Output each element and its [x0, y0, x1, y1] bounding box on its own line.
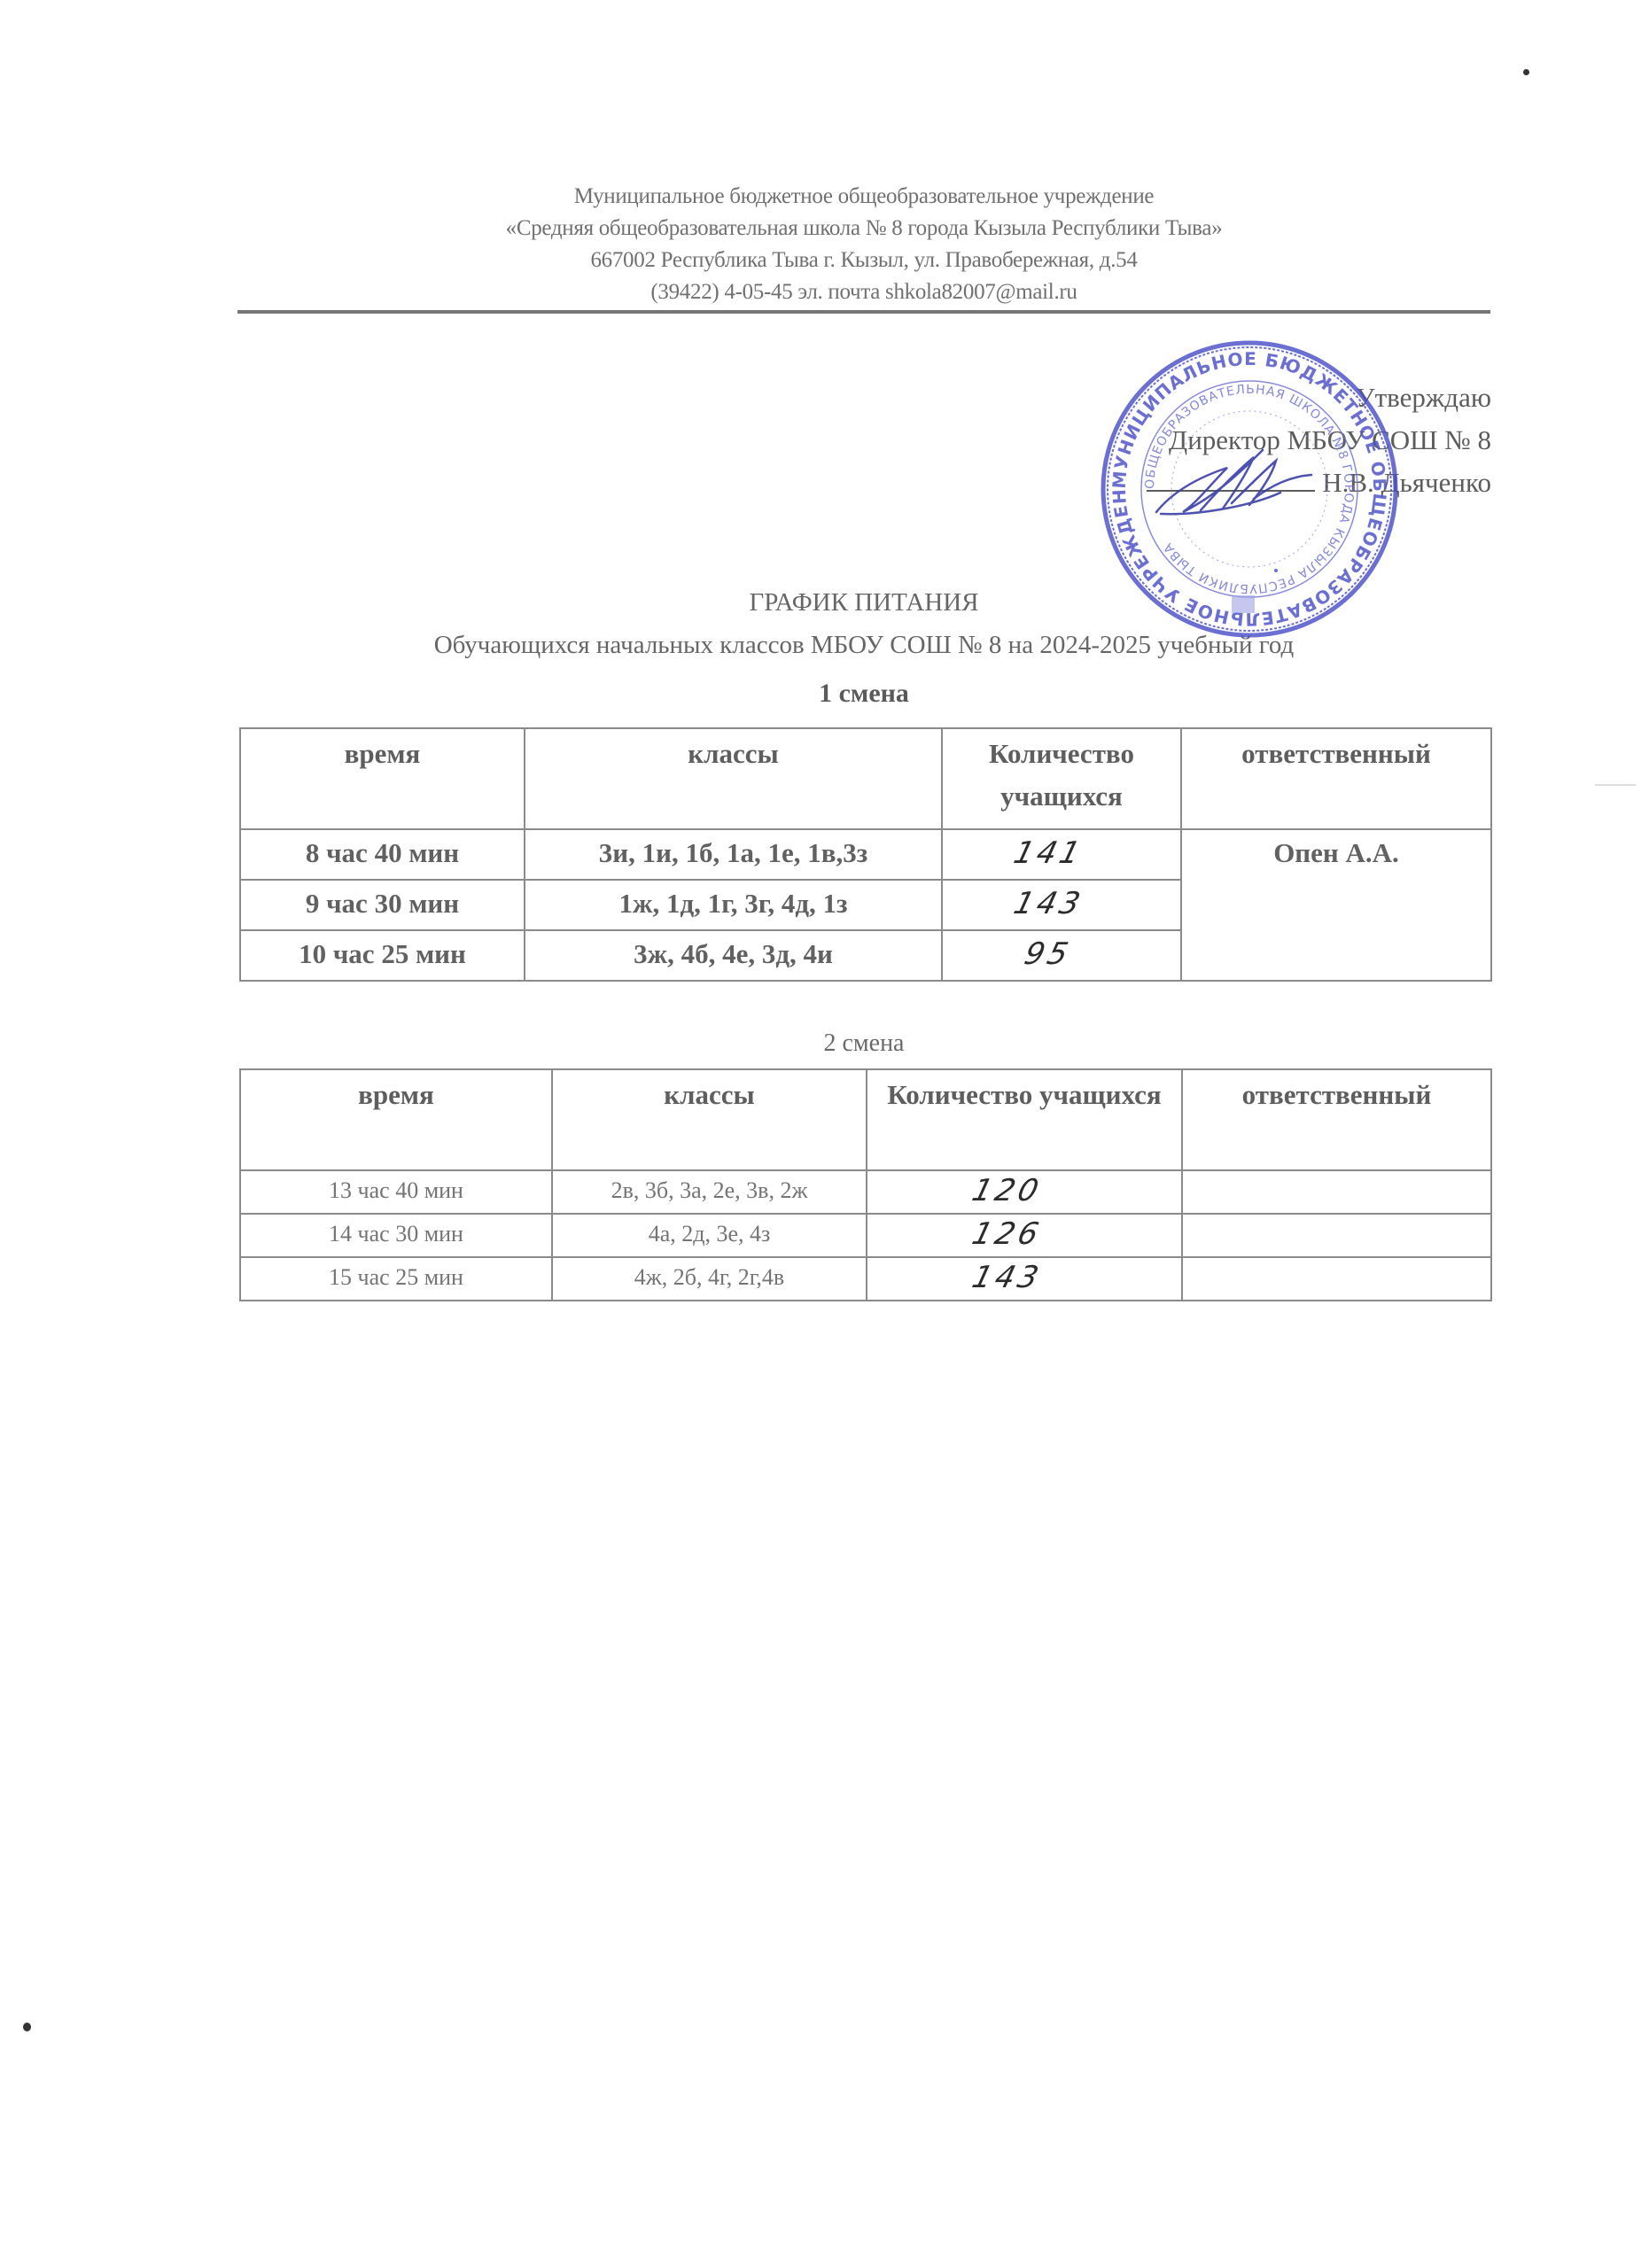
organization-header: Муниципальное бюджетное общеобразователь…	[239, 181, 1489, 308]
classes-cell: 3и, 1и, 1б, 1а, 1е, 1в,3з	[525, 829, 942, 880]
responsible-cell: Опен А.А.	[1181, 829, 1491, 981]
time-cell: 10 час 25 мин	[240, 930, 525, 981]
shift-1-heading: 1 смена	[239, 679, 1489, 709]
table-header-row: время классы Количество учащихся ответст…	[240, 1069, 1491, 1170]
time-cell: 13 час 40 мин	[240, 1170, 552, 1214]
time-cell: 15 час 25 мин	[240, 1257, 552, 1301]
responsible-cell	[1182, 1257, 1491, 1301]
scan-speck	[23, 2023, 31, 2031]
handwritten-count: 143	[1008, 881, 1088, 927]
shift-2-heading: 2 смена	[239, 1029, 1489, 1058]
scan-speck	[1523, 69, 1529, 75]
column-header-time: время	[240, 728, 525, 829]
column-header-responsible: ответственный	[1181, 728, 1491, 829]
approver-position: Директор МБОУ СОШ № 8	[1147, 419, 1491, 462]
count-cell: 95	[942, 930, 1181, 981]
table-row: 8 час 40 мин 3и, 1и, 1б, 1а, 1е, 1в,3з 1…	[240, 829, 1491, 880]
count-cell: 141	[942, 829, 1181, 880]
time-cell: 9 час 30 мин	[240, 880, 525, 930]
header-divider	[237, 310, 1490, 314]
classes-cell: 4а, 2д, 3е, 4з	[552, 1214, 867, 1257]
approval-label: Утверждаю	[1147, 377, 1491, 419]
org-name: Муниципальное бюджетное общеобразователь…	[239, 181, 1489, 213]
column-header-time: время	[240, 1069, 552, 1170]
handwritten-count: 143	[968, 1258, 1046, 1297]
column-header-count: Количество учащихся	[867, 1069, 1182, 1170]
responsible-cell	[1182, 1214, 1491, 1257]
column-header-responsible: ответственный	[1182, 1069, 1491, 1170]
column-header-classes: классы	[525, 728, 942, 829]
count-cell: 120	[867, 1170, 1182, 1214]
approval-block: Утверждаю Директор МБОУ СОШ № 8 Н.В. Дья…	[1147, 377, 1491, 504]
org-contacts: (39422) 4-05-45 эл. почта shkola82007@ma…	[239, 276, 1489, 308]
handwritten-count: 141	[1008, 830, 1088, 876]
responsible-cell	[1182, 1170, 1491, 1214]
count-cell: 126	[867, 1214, 1182, 1257]
table-row: 15 час 25 мин 4ж, 2б, 4г, 2г,4в 143	[240, 1257, 1491, 1301]
count-cell: 143	[867, 1257, 1182, 1301]
shift-1-table: время классы Количество учащихся ответст…	[239, 727, 1492, 982]
column-header-classes: классы	[552, 1069, 867, 1170]
classes-cell: 3ж, 4б, 4е, 3д, 4и	[525, 930, 942, 981]
approver-signature-row: Н.В. Дьяченко	[1147, 462, 1491, 504]
classes-cell: 1ж, 1д, 1г, 3г, 4д, 1з	[525, 880, 942, 930]
document-subtitle: Обучающихся начальных классов МБОУ СОШ №…	[239, 631, 1489, 660]
column-header-count: Количество учащихся	[942, 728, 1181, 829]
shift-2-table: время классы Количество учащихся ответст…	[239, 1068, 1492, 1301]
classes-cell: 2в, 3б, 3а, 2е, 3в, 2ж	[552, 1170, 867, 1214]
time-cell: 14 час 30 мин	[240, 1214, 552, 1257]
table-row: 14 час 30 мин 4а, 2д, 3е, 4з 126	[240, 1214, 1491, 1257]
school-name: «Средняя общеобразовательная школа № 8 г…	[239, 213, 1489, 245]
classes-cell: 4ж, 2б, 4г, 2г,4в	[552, 1257, 867, 1301]
org-address: 667002 Республика Тыва г. Кызыл, ул. Пра…	[239, 245, 1489, 276]
table-row: 13 час 40 мин 2в, 3б, 3а, 2е, 3в, 2ж 120	[240, 1170, 1491, 1214]
handwritten-count: 126	[968, 1215, 1046, 1254]
time-cell: 8 час 40 мин	[240, 829, 525, 880]
scan-artifact	[1595, 784, 1636, 786]
count-cell: 143	[942, 880, 1181, 930]
approver-name: Н.В. Дьяченко	[1322, 467, 1491, 498]
signature-line	[1147, 463, 1315, 492]
document-title: ГРАФИК ПИТАНИЯ	[239, 588, 1489, 617]
handwritten-count: 120	[968, 1171, 1046, 1210]
table-header-row: время классы Количество учащихся ответст…	[240, 728, 1491, 829]
handwritten-count: 95	[1020, 931, 1077, 977]
